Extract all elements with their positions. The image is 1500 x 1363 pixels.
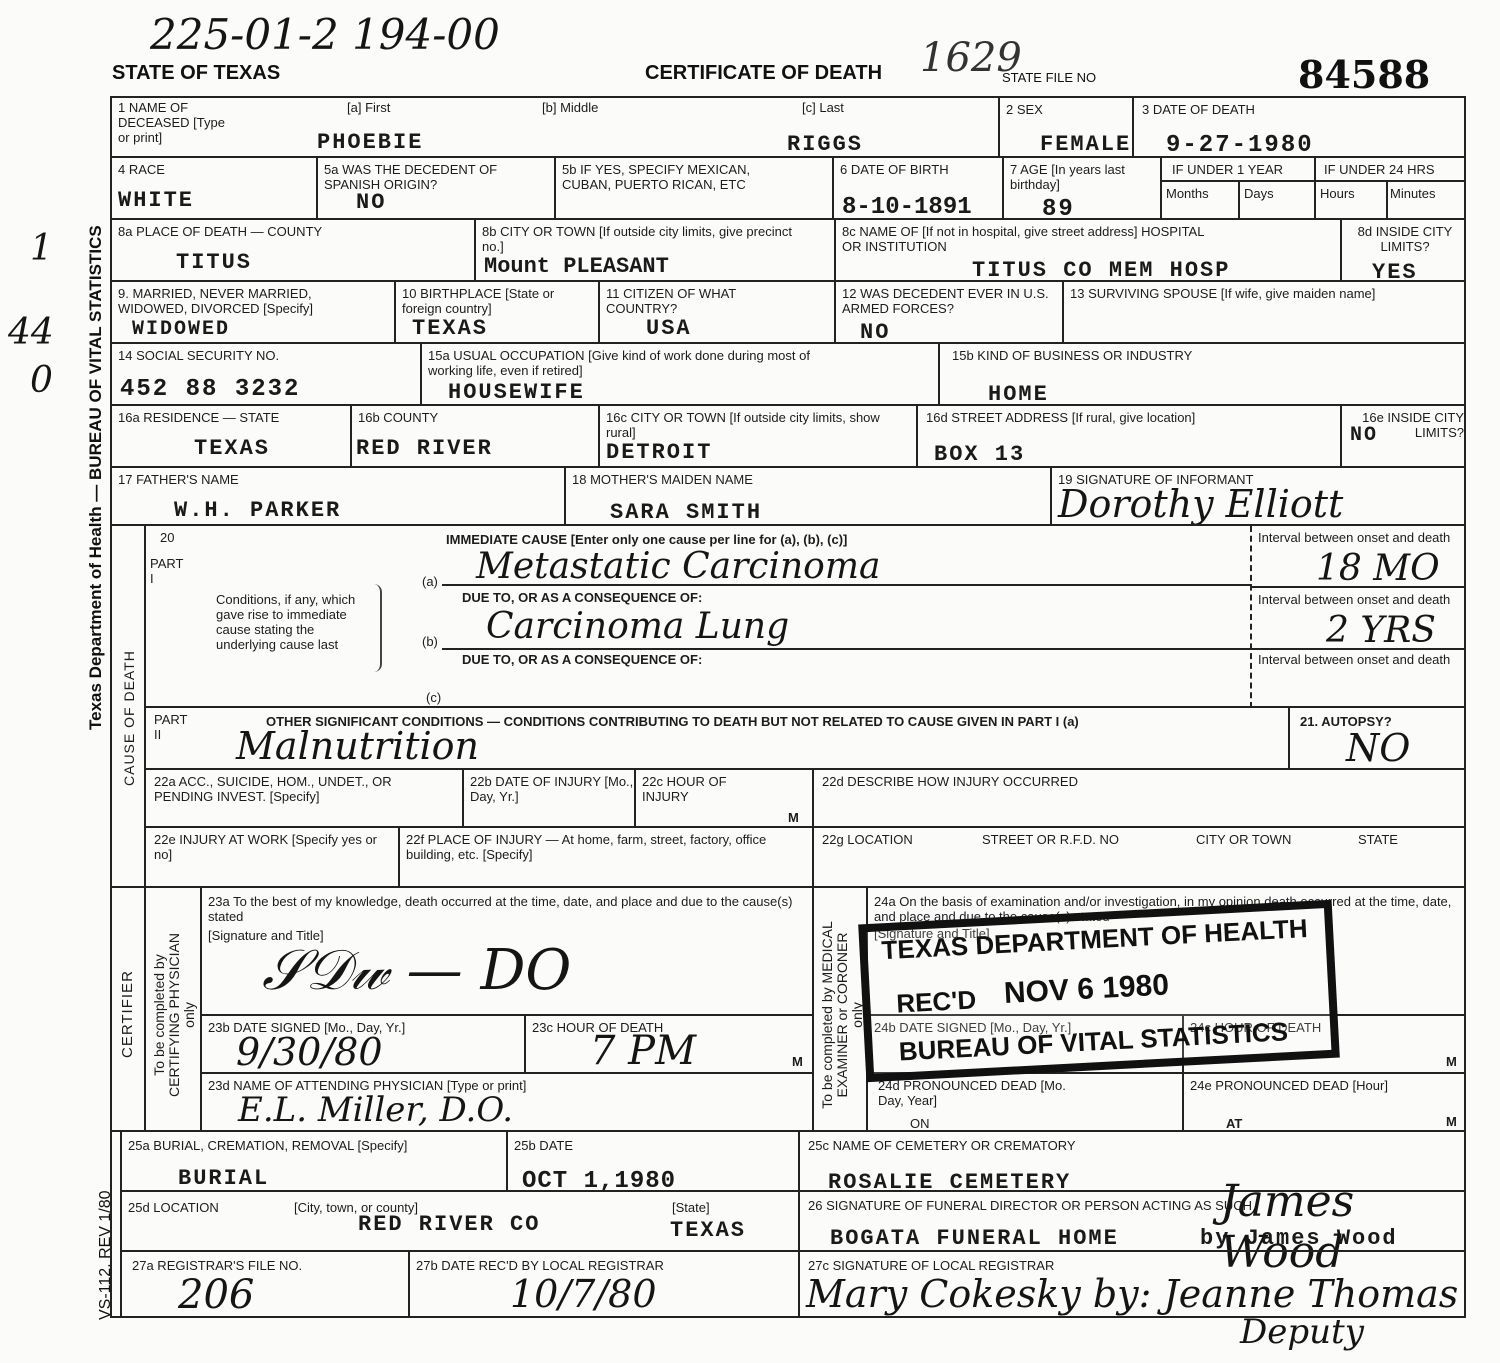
field-27c-registrar-signature: 27c SIGNATURE OF LOCAL REGISTRAR Mary Co…	[798, 1250, 1466, 1318]
field-3-date-of-death: 3 DATE OF DEATH 9-27-1980	[1132, 96, 1466, 158]
received-stamp: TEXAS DEPARTMENT OF HEALTH REC'D NOV 6 1…	[858, 900, 1340, 1083]
field-15a-occupation: 15a USUAL OCCUPATION [Give kind of work …	[420, 342, 940, 406]
field-1-name: 1 NAME OF DECEASED [Type or print] [a] F…	[110, 96, 1000, 158]
field-27a-file-no: 27a REGISTRAR'S FILE NO. 206	[120, 1250, 410, 1318]
cause-a: Metastatic Carcinoma	[476, 546, 880, 587]
last-name: RIGGS	[787, 132, 863, 157]
field-19-informant-signature: 19 SIGNATURE OF INFORMANT Dorothy Elliot…	[1050, 466, 1466, 526]
field-22f: 22f PLACE OF INJURY — At home, farm, str…	[398, 826, 814, 888]
field-15b-business: 15b KIND OF BUSINESS OR INDUSTRY HOME	[938, 342, 1466, 406]
field-16c-city: 16c CITY OR TOWN [If outside city limits…	[598, 404, 918, 468]
field-23b: 23b DATE SIGNED [Mo., Day, Yr.] 9/30/80	[200, 1014, 526, 1074]
cause-of-death-section: CAUSE OF DEATH	[110, 524, 146, 888]
field-13-spouse: 13 SURVIVING SPOUSE [If wife, give maide…	[1062, 280, 1466, 344]
state-file-label: STATE FILE NO	[1002, 70, 1096, 85]
field-11-citizen: 11 CITIZEN OF WHAT COUNTRY? USA	[598, 280, 836, 344]
field-16b-county: 16b COUNTY RED RIVER	[350, 404, 600, 468]
cause-b: Carcinoma Lung	[486, 606, 789, 647]
field-8c-hospital: 8c NAME OF [If not in hospital, give str…	[834, 218, 1342, 282]
field-14-ssn: 14 SOCIAL SECURITY NO. 452 88 3232	[110, 342, 422, 406]
interval-a: 18 MO	[1316, 548, 1440, 589]
field-12-armed-forces: 12 WAS DECEDENT EVER IN U.S. ARMED FORCE…	[834, 280, 1064, 344]
field-22e: 22e INJURY AT WORK [Specify yes or no]	[144, 826, 400, 888]
agency-vertical-label: Texas Department of Health — BUREAU OF V…	[86, 225, 106, 730]
field-20-part-2: PART II OTHER SIGNIFICANT CONDITIONS — C…	[144, 706, 1290, 770]
field-26-funeral-director: 26 SIGNATURE OF FUNERAL DIRECTOR OR PERS…	[798, 1190, 1466, 1252]
field-6-date-of-birth: 6 DATE OF BIRTH 8-10-1891	[832, 156, 1004, 220]
certifier-section: CERTIFIER	[110, 886, 146, 1132]
field-4-race: 4 RACE WHITE	[110, 156, 318, 220]
field-22c: 22c HOUR OF INJURY M	[634, 768, 814, 828]
field-22a: 22a ACC., SUICIDE, HOM., UNDET., OR PEND…	[144, 768, 464, 828]
field-16a-residence-state: 16a RESIDENCE — STATE TEXAS	[110, 404, 352, 468]
margin-mark-3: 0	[30, 360, 53, 401]
first-name: PHOEBIE	[317, 130, 423, 155]
field-8b-city: 8b CITY OR TOWN [If outside city limits,…	[474, 218, 836, 282]
certificate-title: CERTIFICATE OF DEATH	[645, 62, 882, 85]
field-25b-date: 25b DATE OCT 1,1980	[506, 1130, 800, 1192]
field-8a-county: 8a PLACE OF DEATH — COUNTY TITUS	[110, 218, 476, 282]
field-18-mother: 18 MOTHER'S MAIDEN NAME SARA SMITH	[564, 466, 1052, 526]
state-title: STATE OF TEXAS	[112, 62, 280, 85]
field-10-birthplace: 10 BIRTHPLACE [State or foreign country]…	[394, 280, 600, 344]
physician-signature: 𝒮𝒟𝓌 — DO	[262, 938, 571, 1004]
field-7-age: 7 AGE [In years last birthday] 89	[1002, 156, 1162, 220]
field-27b-date-received: 27b DATE REC'D BY LOCAL REGISTRAR 10/7/8…	[408, 1250, 800, 1318]
field-25a-disposition: 25a BURIAL, CREMATION, REMOVAL [Specify]…	[120, 1130, 508, 1192]
medical-examiner-note: To be completed by MEDICAL EXAMINER or C…	[812, 886, 868, 1132]
field-22b: 22b DATE OF INJURY [Mo., Day, Yr.]	[462, 768, 636, 828]
field-23d: 23d NAME OF ATTENDING PHYSICIAN [Type or…	[200, 1072, 814, 1132]
field-17-father: 17 FATHER'S NAME W.H. PARKER	[110, 466, 566, 526]
field-23c: 23c HOUR OF DEATH 7 PM M	[524, 1014, 814, 1074]
field-22g: 22g LOCATION STREET OR R.F.D. NO CITY OR…	[812, 826, 1466, 888]
state-file-number: 84588	[1298, 52, 1430, 97]
interval-b: 2 YRS	[1326, 610, 1436, 651]
field-21-autopsy: 21. AUTOPSY? NO	[1288, 706, 1466, 770]
field-23a: 23a To the best of my knowledge, death o…	[200, 886, 814, 1016]
field-5b-specify-origin: 5b IF YES, SPECIFY MEXICAN, CUBAN, PUERT…	[554, 156, 834, 220]
under-24-hours: IF UNDER 24 HRS Hours Minutes	[1314, 156, 1466, 220]
field-24e: 24e PRONOUNCED DEAD [Hour] AT M	[1182, 1072, 1466, 1132]
certifying-physician-note: To be completed by CERTIFYING PHYSICIAN …	[144, 886, 202, 1132]
other-conditions: Malnutrition	[236, 724, 479, 768]
field-9-marital: 9. MARRIED, NEVER MARRIED, WIDOWED, DIVO…	[110, 280, 396, 344]
field-25d-location: 25d LOCATION [City, town, or county] [St…	[120, 1190, 800, 1252]
field-16e-inside-city: 16e INSIDE CITY LIMITS? NO	[1340, 404, 1466, 468]
field-8d-inside-city: 8d INSIDE CITY LIMITS? YES	[1340, 218, 1466, 282]
field-24d: 24d PRONOUNCED DEAD [Mo. Day, Year] ON	[866, 1072, 1184, 1132]
handwritten-reference: 225-01-2 194-00	[150, 10, 500, 59]
field-5a-spanish-origin: 5a WAS THE DECEDENT OF SPANISH ORIGIN? N…	[316, 156, 556, 220]
field-22d: 22d DESCRIBE HOW INJURY OCCURRED	[812, 768, 1466, 828]
under-one-year: IF UNDER 1 YEAR Months Days	[1160, 156, 1316, 220]
margin-mark-1: 1	[30, 228, 53, 269]
field-20-part-1: 20 PART I Conditions, if any, which gave…	[144, 524, 1466, 708]
field-2-sex: 2 SEX FEMALE	[998, 96, 1134, 158]
margin-mark-2: 44	[8, 312, 54, 353]
field-16d-street: 16d STREET ADDRESS [If rural, give locat…	[916, 404, 1342, 468]
